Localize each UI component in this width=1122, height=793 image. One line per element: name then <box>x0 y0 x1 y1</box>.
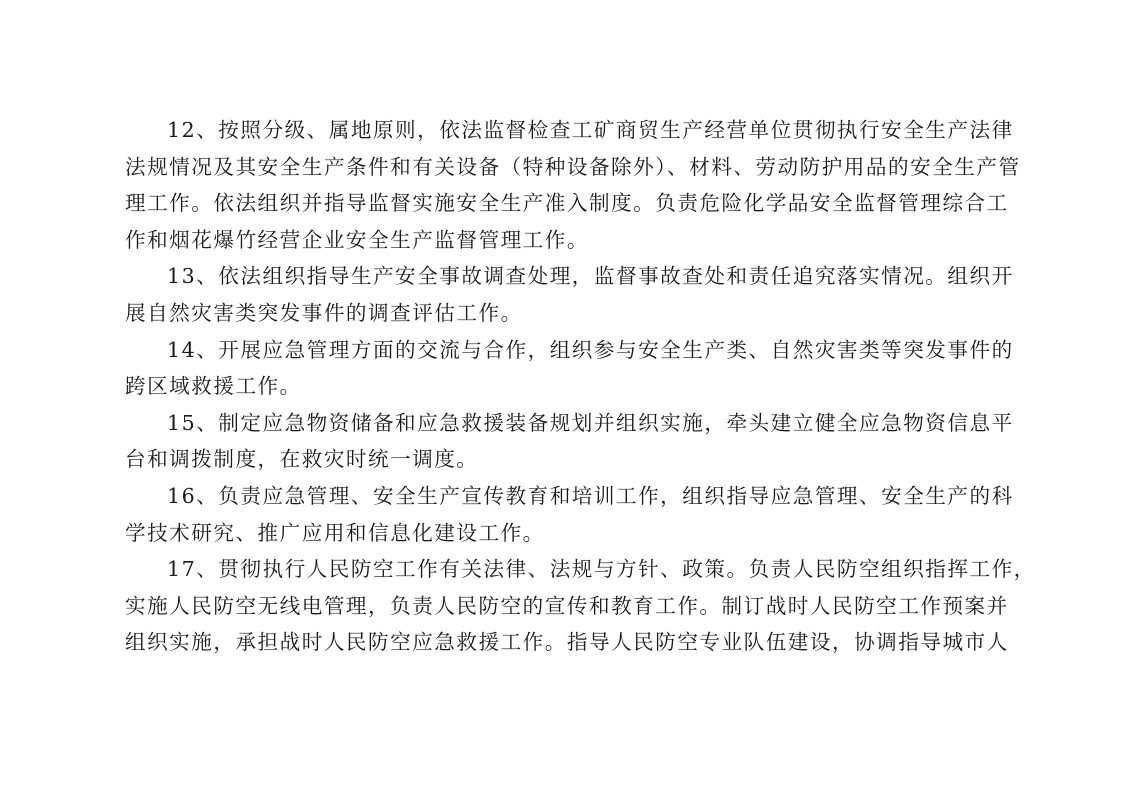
text-line: 跨区域救援工作。 <box>125 368 968 405</box>
paragraph-12: 12、按照分级、属地原则，依法监督检查工矿商贸生产经营单位贯彻执行安全生产法律 … <box>125 112 968 258</box>
paragraph-16: 16、负责应急管理、安全生产宣传教育和培训工作，组织指导应急管理、安全生产的科 … <box>125 478 968 551</box>
text-line: 15、制定应急物资储备和应急救援装备规划并组织实施，牵头建立健全应急物资信息平 <box>125 405 968 442</box>
text-line: 展自然灾害类突发事件的调查评估工作。 <box>125 295 968 332</box>
paragraph-14: 14、开展应急管理方面的交流与合作，组织参与安全生产类、自然灾害类等突发事件的 … <box>125 332 968 405</box>
text-line: 组织实施，承担战时人民防空应急救援工作。指导人民防空专业队伍建设，协调指导城市人 <box>125 624 968 661</box>
paragraph-17: 17、贯彻执行人民防空工作有关法律、法规与方针、政策。负责人民防空组织指挥工作，… <box>125 551 968 661</box>
text-line: 作和烟花爆竹经营企业安全生产监督管理工作。 <box>125 222 968 259</box>
text-line: 理工作。依法组织并指导监督实施安全生产准入制度。负责危险化学品安全监督管理综合工 <box>125 185 968 222</box>
text-line: 台和调拨制度，在救灾时统一调度。 <box>125 441 968 478</box>
text-line: 实施人民防空无线电管理，负责人民防空的宣传和教育工作。制订战时人民防空工作预案并 <box>125 588 968 625</box>
text-line: 16、负责应急管理、安全生产宣传教育和培训工作，组织指导应急管理、安全生产的科 <box>125 478 968 515</box>
text-line: 14、开展应急管理方面的交流与合作，组织参与安全生产类、自然灾害类等突发事件的 <box>125 332 968 369</box>
text-line: 17、贯彻执行人民防空工作有关法律、法规与方针、政策。负责人民防空组织指挥工作， <box>125 551 968 588</box>
paragraph-13: 13、依法组织指导生产安全事故调查处理，监督事故查处和责任追究落实情况。组织开 … <box>125 258 968 331</box>
paragraph-15: 15、制定应急物资储备和应急救援装备规划并组织实施，牵头建立健全应急物资信息平 … <box>125 405 968 478</box>
text-line: 学技术研究、推广应用和信息化建设工作。 <box>125 515 968 552</box>
text-line: 法规情况及其安全生产条件和有关设备（特种设备除外）、材料、劳动防护用品的安全生产… <box>125 149 968 186</box>
text-line: 12、按照分级、属地原则，依法监督检查工矿商贸生产经营单位贯彻执行安全生产法律 <box>125 112 968 149</box>
document-page: 12、按照分级、属地原则，依法监督检查工矿商贸生产经营单位贯彻执行安全生产法律 … <box>125 112 968 661</box>
text-line: 13、依法组织指导生产安全事故调查处理，监督事故查处和责任追究落实情况。组织开 <box>125 258 968 295</box>
